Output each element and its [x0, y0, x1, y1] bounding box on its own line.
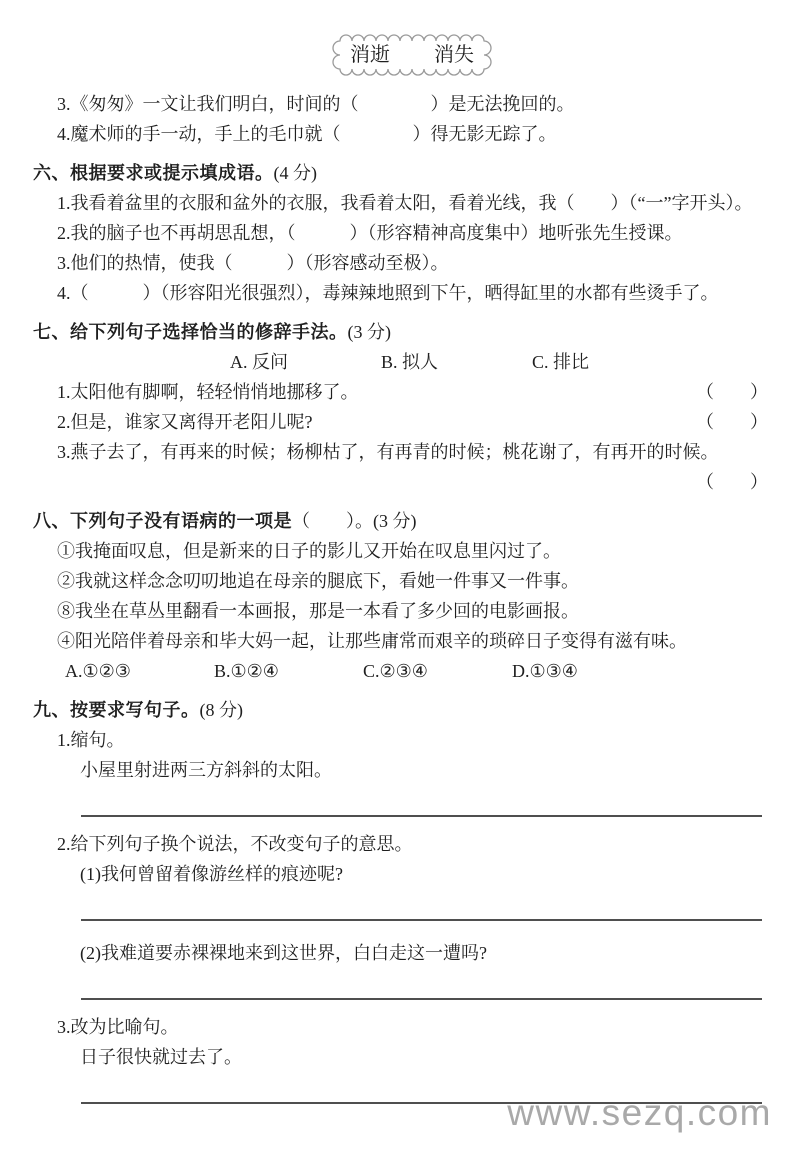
section-heading: 八、下列句子没有语病的一项是（ ）。(3 分)	[33, 506, 770, 536]
question-line: ④阳光陪伴着母亲和毕大妈一起，让那些庸常而艰辛的琐碎日子变得有滋有味。	[57, 626, 770, 656]
option-item: C. 排比	[532, 347, 589, 377]
question-text: 1.太阳他有脚啊，轻轻悄悄地挪移了。	[57, 377, 359, 407]
section-score: (8 分)	[200, 700, 244, 720]
question-sub-line: (2)我难道要赤裸裸地来到这世界，白白走这一遭吗?	[80, 938, 770, 968]
question-line: 4.魔术师的手一动，手上的毛巾就（ ）得无影无踪了。	[57, 119, 770, 149]
section-heading-text: 九、按要求写句子。	[33, 700, 200, 720]
question-line: 1.太阳他有脚啊，轻轻悄悄地挪移了。（ ）	[57, 377, 770, 407]
word-bank-box: 消逝 消失	[330, 33, 494, 77]
option-item: A. 反问	[230, 347, 381, 377]
question-text: 2.但是，谁家又离得开老阳儿呢?	[57, 407, 313, 437]
section-heading-text: 八、下列句子没有语病的一项是	[33, 511, 292, 531]
question-sub-line: 小屋里射进两三方斜斜的太阳。	[80, 755, 770, 785]
option-item: D.①③④	[512, 656, 578, 686]
question-sub-line: 日子很快就过去了。	[80, 1042, 770, 1072]
question-line: 4.（ ）（形容阳光很强烈），毒辣辣地照到下午，晒得缸里的水都有些烫手了。	[57, 278, 770, 308]
question-line: 3.改为比喻句。	[57, 1012, 770, 1042]
section-heading-text: 七、给下列句子选择恰当的修辞手法。	[33, 322, 348, 342]
option-row: A.①②③B.①②④C.②③④D.①③④	[65, 656, 770, 686]
option-item: C.②③④	[363, 656, 512, 686]
answer-bracket: （ ）	[696, 472, 768, 492]
document-body: 消逝 消失 3.《匆匆》一文让我们明白，时间的（ ）是无法挽回的。4.魔术师的手…	[0, 0, 800, 1104]
watermark: www.sezq.com	[507, 1092, 772, 1134]
answer-bracket: （ ）	[696, 407, 768, 437]
section-heading-text: 六、根据要求或提示填成语。	[33, 163, 274, 183]
section-score: (4 分)	[274, 163, 318, 183]
question-line: 3.《匆匆》一文让我们明白，时间的（ ）是无法挽回的。	[57, 89, 770, 119]
question-line: ⑧我坐在草丛里翻看一本画报，那是一本看了多少回的电影画报。	[57, 596, 770, 626]
question-line: 1.缩句。	[57, 725, 770, 755]
section-heading: 六、根据要求或提示填成语。(4 分)	[33, 158, 770, 188]
answer-blank-line	[81, 785, 762, 817]
option-item: B.①②④	[214, 656, 363, 686]
section-heading: 七、给下列句子选择恰当的修辞手法。(3 分)	[33, 317, 770, 347]
scalloped-border-icon	[330, 33, 494, 77]
option-item: A.①②③	[65, 656, 214, 686]
section-heading-bracket: （ ）。	[292, 511, 373, 531]
question-line: 1.我看着盆里的衣服和盆外的衣服，我看着太阳，看着光线，我（ ）（“一”字开头）…	[57, 188, 770, 218]
section-heading: 九、按要求写句子。(8 分)	[33, 695, 770, 725]
worksheet-page: { "page": { "watermark": "www.sezq.com" …	[0, 0, 800, 1164]
answer-blank-line	[81, 968, 762, 1000]
question-line: 2.但是，谁家又离得开老阳儿呢?（ ）	[57, 407, 770, 437]
section-score: (3 分)	[348, 322, 392, 342]
question-line: 3.燕子去了，有再来的时候；杨柳枯了，有再青的时候；桃花谢了，有再开的时候。	[57, 437, 770, 467]
answer-bracket: （ ）	[696, 377, 768, 407]
question-sub-line: (1)我何曾留着像游丝样的痕迹呢?	[80, 859, 770, 889]
option-item: B. 拟人	[381, 347, 532, 377]
question-line: 2.我的脑子也不再胡思乱想，（ ）（形容精神高度集中）地听张先生授课。	[57, 218, 770, 248]
question-blocks: 3.《匆匆》一文让我们明白，时间的（ ）是无法挽回的。4.魔术师的手一动，手上的…	[33, 89, 770, 1104]
question-line: ①我掩面叹息，但是新来的日子的影儿又开始在叹息里闪过了。	[57, 536, 770, 566]
question-line: ②我就这样念念叨叨地追在母亲的腿底下，看她一件事又一件事。	[57, 566, 770, 596]
question-line: 2.给下列句子换个说法，不改变句子的意思。	[57, 829, 770, 859]
option-row: A. 反问B. 拟人C. 排比	[33, 347, 770, 377]
answer-blank-line	[81, 889, 762, 921]
section-score: (3 分)	[373, 511, 417, 531]
question-line: 3.他们的热情，使我（ ）（形容感动至极）。	[57, 248, 770, 278]
bracket-line: （ ）	[33, 467, 770, 497]
